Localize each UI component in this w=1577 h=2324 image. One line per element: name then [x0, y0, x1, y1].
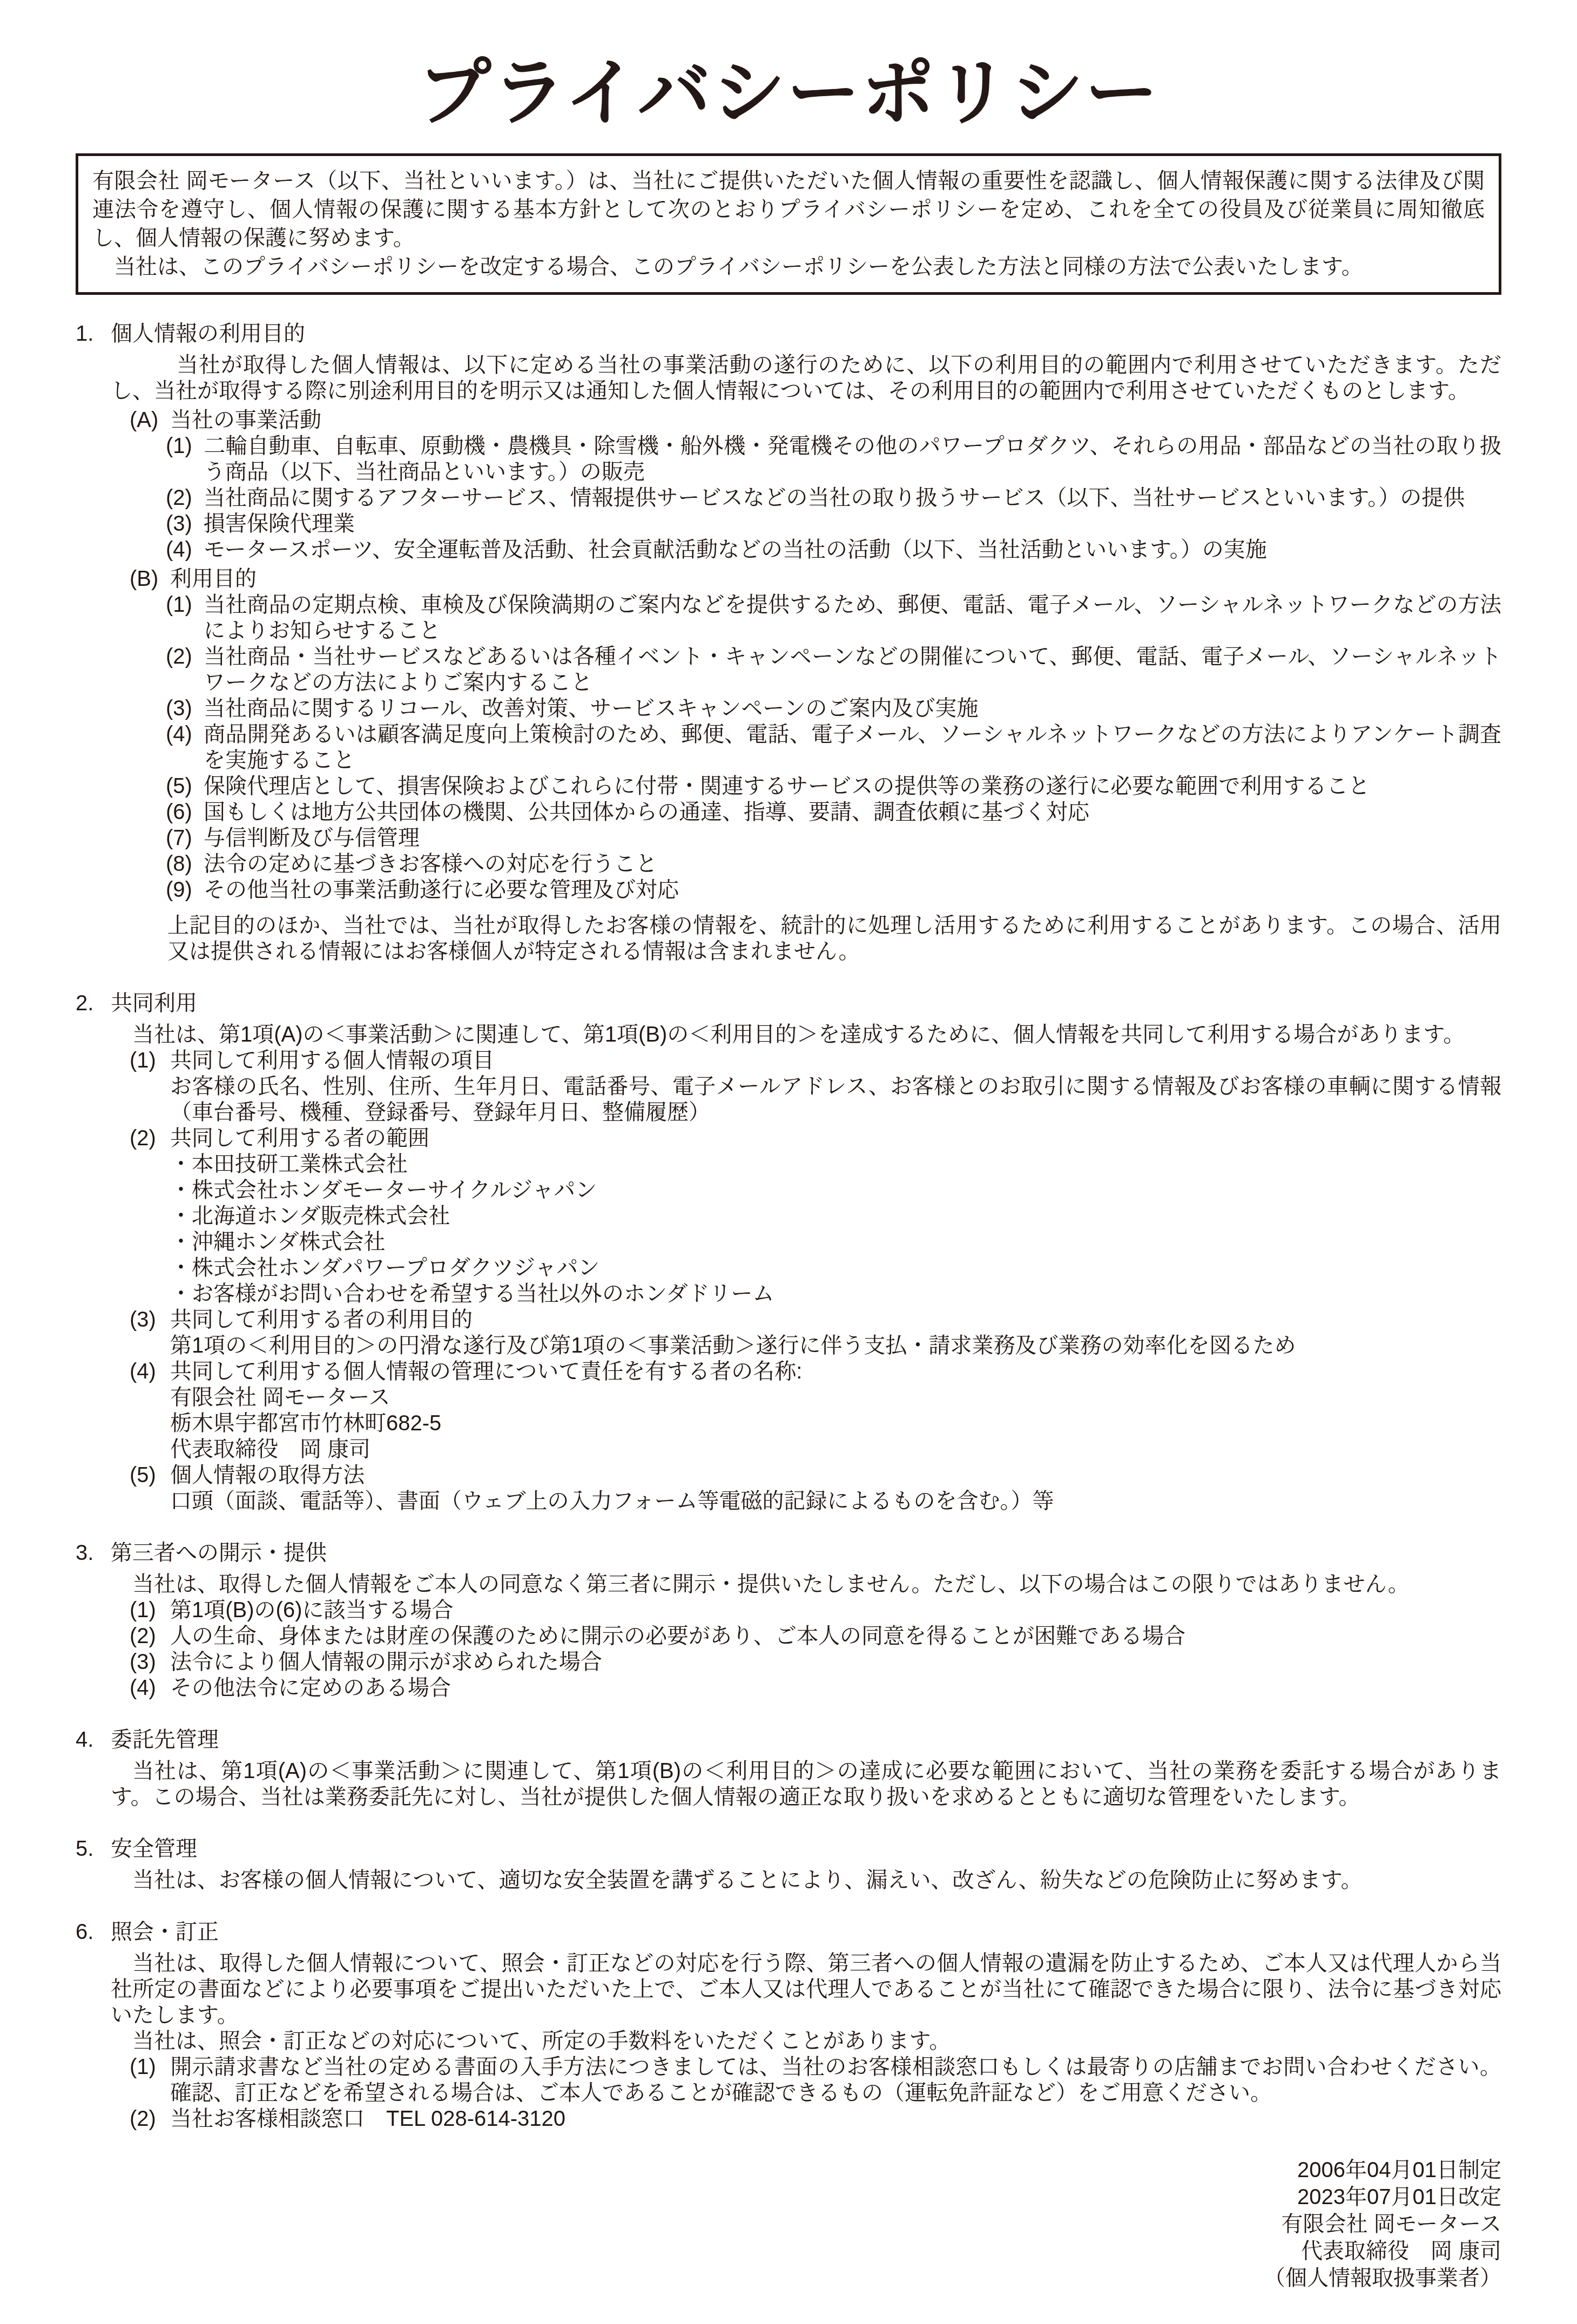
privacy-policy-page: プライバシーポリシー 有限会社 岡モータース（以下、当社といいます。）は、当社に…	[0, 0, 1577, 2324]
section-number: 5.	[76, 1836, 111, 1862]
item-text: 当社商品・当社サービスなどあるいは各種イベント・キャンペーンなどの開催について、…	[204, 645, 1501, 694]
section-2: 2.共同利用当社は、第1項(A)の＜事業活動＞に関連して、第1項(B)の＜利用目…	[76, 990, 1501, 1514]
item-text: 損害保険代理業	[204, 512, 355, 536]
section-number: 1.	[76, 321, 111, 347]
list-item: (4)共同して利用する個人情報の管理について責任を有する者の名称:	[76, 1359, 1501, 1384]
list-item: (3)共同して利用する者の利用目的	[76, 1307, 1501, 1333]
section-heading: 4.委託先管理	[76, 1727, 1501, 1753]
paragraph: 上記目的のほか、当社では、当社が取得したお客様の情報を、統計的に処理し活用するた…	[76, 913, 1501, 964]
item-label: (5)	[130, 1462, 170, 1488]
item-label: (2)	[130, 2106, 170, 2132]
section-heading: 1.個人情報の利用目的	[76, 321, 1501, 347]
footer-line-established: 2006年04月01日制定	[76, 2157, 1501, 2184]
page-title: プライバシーポリシー	[76, 51, 1501, 135]
list-item: (1)開示請求書など当社の定める書面の入手方法につきましては、当社のお客様相談窓…	[76, 2054, 1501, 2106]
footer: 2006年04月01日制定 2023年07月01日改定 有限会社 岡モータース …	[76, 2157, 1501, 2292]
paragraph: 当社は、取得した個人情報について、照会・訂正などの対応を行う際、第三者への個人情…	[76, 1950, 1501, 2028]
item-label: (6)	[166, 799, 204, 825]
item-text: モータースポーツ、安全運転普及活動、社会貢献活動などの当社の活動（以下、当社活動…	[204, 538, 1267, 562]
item-text: 当社商品に関するリコール、改善対策、サービスキャンペーンのご案内及び実施	[204, 697, 978, 720]
item-text: 国もしくは地方公共団体の機関、公共団体からの通達、指導、要請、調査依頼に基づく対…	[204, 800, 1089, 824]
item-label: (3)	[166, 695, 204, 721]
item-label: (1)	[130, 2054, 170, 2080]
item-label: (7)	[166, 825, 204, 851]
list-item: (6)国もしくは地方公共団体の機関、公共団体からの通達、指導、要請、調査依頼に基…	[76, 799, 1501, 825]
list-item: (1)当社商品の定期点検、車検及び保険満期のご案内などを提供するため、郵便、電話…	[76, 592, 1501, 644]
item-text: 共同して利用する者の利用目的	[170, 1308, 473, 1332]
item-label: (1)	[130, 1048, 170, 1073]
list-item: (3)損害保険代理業	[76, 511, 1501, 537]
item-text: 共同して利用する個人情報の項目	[170, 1049, 494, 1072]
section-6: 6.照会・訂正当社は、取得した個人情報について、照会・訂正などの対応を行う際、第…	[76, 1919, 1501, 2132]
item-label: (B)	[130, 566, 170, 592]
list-item: (1)共同して利用する個人情報の項目	[76, 1048, 1501, 1073]
item-text: 共同して利用する者の範囲	[170, 1126, 429, 1150]
item-label: (3)	[130, 1307, 170, 1333]
item-label: (2)	[130, 1623, 170, 1649]
list-item: (9)その他当社の事業活動遂行に必要な管理及び対応	[76, 877, 1501, 903]
item-text: その他法令に定めのある場合	[170, 1676, 451, 1700]
section-title: 個人情報の利用目的	[111, 322, 305, 346]
list-item: (5)保険代理店として、損害保険およびこれらに付帯・関連するサービスの提供等の業…	[76, 773, 1501, 799]
item-label: (A)	[130, 407, 170, 433]
item-label: (3)	[166, 511, 204, 537]
item-label: (1)	[166, 592, 204, 618]
section-title: 第三者への開示・提供	[111, 1541, 327, 1565]
sub-item: ・株式会社ホンダパワープロダクツジャパン	[76, 1255, 1501, 1281]
section-heading: 5.安全管理	[76, 1836, 1501, 1862]
paragraph: 当社は、第1項(A)の＜事業活動＞に関連して、第1項(B)の＜利用目的＞の達成に…	[76, 1758, 1501, 1810]
footer-line-revised: 2023年07月01日改定	[76, 2184, 1501, 2211]
sub-item: 代表取締役 岡 康司	[76, 1436, 1501, 1462]
section-title: 委託先管理	[111, 1728, 219, 1752]
section-3: 3.第三者への開示・提供当社は、取得した個人情報をご本人の同意なく第三者に開示・…	[76, 1540, 1501, 1701]
alpha-item: (B)利用目的	[76, 566, 1501, 592]
footer-line-handler: （個人情報取扱事業者）	[76, 2265, 1501, 2292]
sub-item: ・北海道ホンダ販売株式会社	[76, 1203, 1501, 1229]
section-title: 照会・訂正	[111, 1920, 219, 1944]
item-text: 商品開発あるいは顧客満足度向上策検討のため、郵便、電話、電子メール、ソーシャルネ…	[204, 722, 1501, 772]
item-label: (4)	[130, 1675, 170, 1701]
item-text: 法令により個人情報の開示が求められた場合	[170, 1650, 602, 1674]
list-item: (5)個人情報の取得方法	[76, 1462, 1501, 1488]
section-heading: 6.照会・訂正	[76, 1919, 1501, 1945]
intro-box: 有限会社 岡モータース（以下、当社といいます。）は、当社にご提供いただいた個人情…	[76, 153, 1501, 295]
sub-item: ・本田技研工業株式会社	[76, 1151, 1501, 1177]
list-item: (2)共同して利用する者の範囲	[76, 1125, 1501, 1151]
section-number: 6.	[76, 1919, 111, 1945]
item-label: (5)	[166, 773, 204, 799]
list-item: (4)その他法令に定めのある場合	[76, 1675, 1501, 1701]
item-label: (2)	[166, 644, 204, 670]
section-title: 安全管理	[111, 1837, 197, 1861]
item-label: (4)	[130, 1359, 170, 1384]
list-item: (2)人の生命、身体または財産の保護のために開示の必要があり、ご本人の同意を得る…	[76, 1623, 1501, 1649]
item-label: (3)	[130, 1649, 170, 1675]
item-label: (9)	[166, 877, 204, 903]
sub-item: ・沖縄ホンダ株式会社	[76, 1229, 1501, 1255]
item-text: 法令の定めに基づきお客様への対応を行うこと	[204, 852, 657, 876]
item-text: その他当社の事業活動遂行に必要な管理及び対応	[204, 878, 679, 902]
item-text: 保険代理店として、損害保険およびこれらに付帯・関連するサービスの提供等の業務の遂…	[204, 774, 1370, 798]
list-item: (4)商品開発あるいは顧客満足度向上策検討のため、郵便、電話、電子メール、ソーシ…	[76, 721, 1501, 773]
section-1: 1.個人情報の利用目的当社が取得した個人情報は、以下に定める当社の事業活動の遂行…	[76, 321, 1501, 964]
item-text: 開示請求書など当社の定める書面の入手方法につきましては、当社のお客様相談窓口もし…	[170, 2055, 1501, 2105]
section-title: 共同利用	[111, 991, 197, 1015]
sub-item: ・株式会社ホンダモーターサイクルジャパン	[76, 1177, 1501, 1203]
item-text: 当社商品の定期点検、車検及び保険満期のご案内などを提供するため、郵便、電話、電子…	[204, 593, 1501, 643]
sub-item: 有限会社 岡モータース	[76, 1384, 1501, 1410]
sub-item: ・お客様がお問い合わせを希望する当社以外のホンダドリーム	[76, 1281, 1501, 1307]
list-item: (8)法令の定めに基づきお客様への対応を行うこと	[76, 851, 1501, 877]
item-label: (2)	[130, 1125, 170, 1151]
list-item: (4)モータースポーツ、安全運転普及活動、社会貢献活動などの当社の活動（以下、当…	[76, 537, 1501, 563]
list-item: (3)法令により個人情報の開示が求められた場合	[76, 1649, 1501, 1675]
intro-paragraph-2: 当社は、このプライバシーポリシーを改定する場合、このプライバシーポリシーを公表し…	[92, 253, 1485, 281]
list-item: (1)二輪自動車、自転車、原動機・農機具・除雪機・船外機・発電機その他のパワープ…	[76, 433, 1501, 485]
sections: 1.個人情報の利用目的当社が取得した個人情報は、以下に定める当社の事業活動の遂行…	[76, 321, 1501, 2132]
list-item: (7)与信判断及び与信管理	[76, 825, 1501, 851]
item-text: 個人情報の取得方法	[170, 1463, 365, 1487]
list-item: (2)当社商品・当社サービスなどあるいは各種イベント・キャンペーンなどの開催につ…	[76, 644, 1501, 695]
paragraph: 当社は、第1項(A)の＜事業活動＞に関連して、第1項(B)の＜利用目的＞を達成す…	[76, 1022, 1501, 1048]
item-text: 利用目的	[170, 567, 257, 591]
item-text: 第1項(B)の(6)に該当する場合	[170, 1598, 453, 1622]
item-text: 共同して利用する個人情報の管理について責任を有する者の名称:	[170, 1360, 802, 1383]
item-label: (2)	[166, 485, 204, 511]
section-number: 2.	[76, 990, 111, 1016]
sub-item: 口頭（面談、電話等）、書面（ウェブ上の入力フォーム等電磁的記録によるものを含む。…	[76, 1488, 1501, 1514]
paragraph: 当社は、照会・訂正などの対応について、所定の手数料をいただくことがあります。	[76, 2028, 1501, 2054]
paragraph: 当社は、取得した個人情報をご本人の同意なく第三者に開示・提供いたしません。ただし…	[76, 1571, 1501, 1597]
item-text: 二輪自動車、自転車、原動機・農機具・除雪機・船外機・発電機その他のパワープロダク…	[204, 434, 1501, 484]
item-text: 当社の事業活動	[170, 408, 321, 432]
item-text: 人の生命、身体または財産の保護のために開示の必要があり、ご本人の同意を得ることが…	[170, 1624, 1185, 1648]
list-item: (2)当社商品に関するアフターサービス、情報提供サービスなどの当社の取り扱うサー…	[76, 485, 1501, 511]
section-number: 4.	[76, 1727, 111, 1753]
alpha-item: (A)当社の事業活動	[76, 407, 1501, 433]
item-label: (4)	[166, 537, 204, 563]
footer-line-representative: 代表取締役 岡 康司	[76, 2238, 1501, 2265]
item-label: (1)	[130, 1597, 170, 1623]
item-text: 与信判断及び与信管理	[204, 826, 420, 850]
item-text: 当社お客様相談窓口 TEL 028-614-3120	[170, 2107, 565, 2131]
section-5: 5.安全管理当社は、お客様の個人情報について、適切な安全装置を講ずることにより、…	[76, 1836, 1501, 1893]
section-4: 4.委託先管理当社は、第1項(A)の＜事業活動＞に関連して、第1項(B)の＜利用…	[76, 1727, 1501, 1810]
item-text: 当社商品に関するアフターサービス、情報提供サービスなどの当社の取り扱うサービス（…	[204, 486, 1465, 510]
item-label: (4)	[166, 721, 204, 747]
section-heading: 3.第三者への開示・提供	[76, 1540, 1501, 1566]
paragraph: 当社は、お客様の個人情報について、適切な安全装置を講ずることにより、漏えい、改ざ…	[76, 1867, 1501, 1893]
paragraph: 当社が取得した個人情報は、以下に定める当社の事業活動の遂行のために、以下の利用目…	[76, 352, 1501, 404]
section-heading: 2.共同利用	[76, 990, 1501, 1016]
sub-item: 第1項の＜利用目的＞の円滑な遂行及び第1項の＜事業活動＞遂行に伴う支払・請求業務…	[76, 1333, 1501, 1359]
list-item: (1)第1項(B)の(6)に該当する場合	[76, 1597, 1501, 1623]
item-label: (8)	[166, 851, 204, 877]
footer-line-company: 有限会社 岡モータース	[76, 2211, 1501, 2238]
sub-item: お客様の氏名、性別、住所、生年月日、電話番号、電子メールアドレス、お客様とのお取…	[76, 1073, 1501, 1125]
intro-paragraph-1: 有限会社 岡モータース（以下、当社といいます。）は、当社にご提供いただいた個人情…	[92, 167, 1485, 253]
list-item: (3)当社商品に関するリコール、改善対策、サービスキャンペーンのご案内及び実施	[76, 695, 1501, 721]
list-item: (2)当社お客様相談窓口 TEL 028-614-3120	[76, 2106, 1501, 2132]
section-number: 3.	[76, 1540, 111, 1566]
sub-item: 栃木県宇都宮市竹林町682-5	[76, 1410, 1501, 1436]
item-label: (1)	[166, 433, 204, 459]
